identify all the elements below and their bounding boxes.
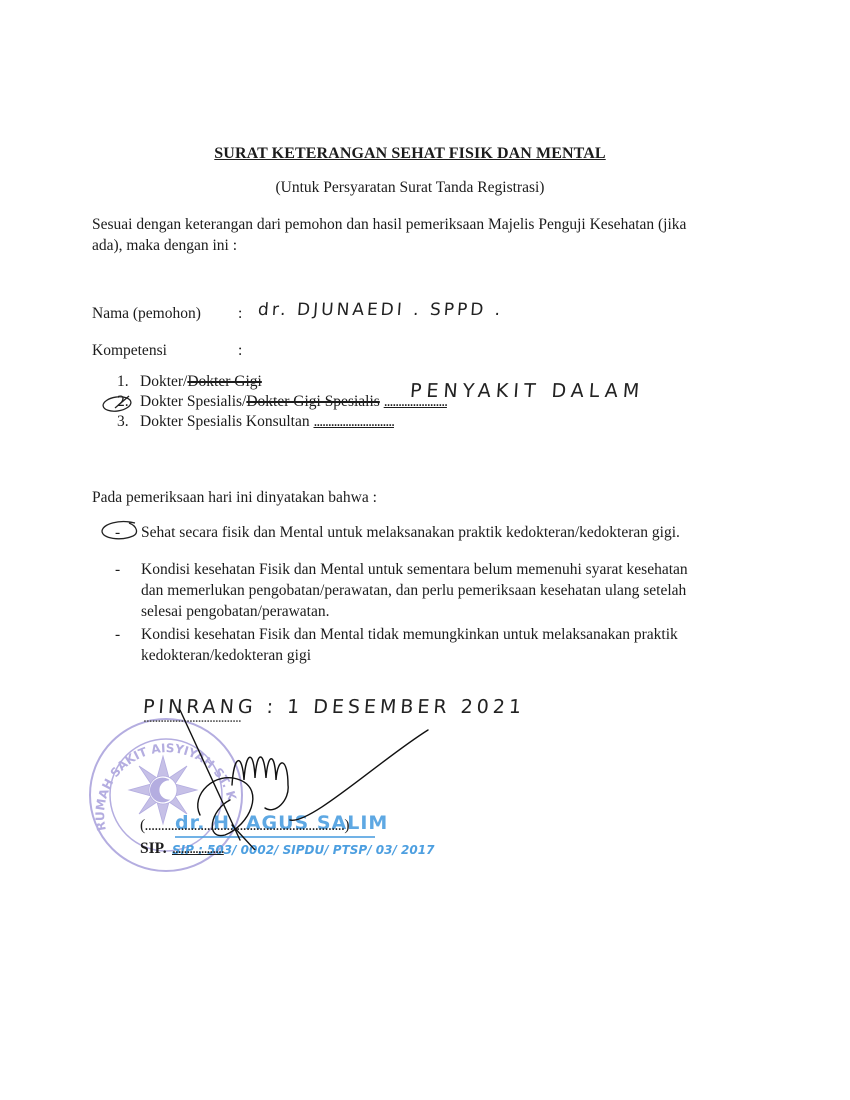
- option-text: Dokter Spesialis/: [140, 393, 246, 410]
- bullet-dash: -: [115, 624, 120, 645]
- findings-heading: Pada pemeriksaan hari ini dinyatakan bah…: [92, 487, 377, 508]
- condition-line: Kondisi kesehatan Fisik dan Mental untuk…: [141, 559, 735, 580]
- option-number: 3.: [117, 412, 140, 432]
- bullet-dash: -: [115, 559, 120, 580]
- option-text: Dokter Spesialis Konsultan: [140, 413, 310, 430]
- option-struck-text: Dokter Gigi: [187, 373, 261, 390]
- option-struck-text: Dokter Gigi Spesialis: [246, 393, 379, 410]
- intro-line-2: ada), maka dengan ini :: [92, 235, 732, 256]
- condition-line: kedokteran/kedokteran gigi: [141, 645, 735, 666]
- nama-value-handwritten[interactable]: dr. DJUNAEDI . SPPD .: [257, 300, 504, 320]
- option-text: Dokter/: [140, 373, 187, 390]
- kompetensi-option-1[interactable]: 1.Dokter/Dokter Gigi: [117, 372, 447, 392]
- condition-line: dan memerlukan pengobatan/perawatan, dan…: [141, 580, 735, 601]
- condition-item-3[interactable]: - Kondisi kesehatan Fisik dan Mental tid…: [115, 624, 735, 666]
- circle-mark-icon: [99, 518, 151, 546]
- kompetensi-label: Kompetensi: [92, 340, 167, 361]
- circle-mark-icon: [101, 392, 135, 414]
- spesialis-handwritten[interactable]: PENYAKIT DALAM: [409, 380, 645, 402]
- condition-item-1[interactable]: - Sehat secara fisik dan Mental untuk me…: [115, 522, 735, 543]
- nama-colon: :: [238, 303, 242, 324]
- kompetensi-colon: :: [238, 340, 242, 361]
- intro-line-1: Sesuai dengan keterangan dari pemohon da…: [92, 214, 732, 235]
- option-number: 1.: [117, 372, 140, 392]
- sip-label: SIP.: [140, 838, 167, 859]
- kompetensi-option-2[interactable]: 2.Dokter Spesialis/Dokter Gigi Spesialis…: [117, 392, 447, 412]
- condition-item-2[interactable]: - Kondisi kesehatan Fisik dan Mental unt…: [115, 559, 735, 622]
- condition-line: Kondisi kesehatan Fisik dan Mental tidak…: [141, 624, 735, 645]
- condition-text: Sehat secara fisik dan Mental untuk mela…: [141, 524, 680, 541]
- intro-paragraph: Sesuai dengan keterangan dari pemohon da…: [92, 214, 732, 256]
- handwritten-signature[interactable]: [170, 700, 490, 850]
- option-fill-dots: ............................: [314, 413, 395, 430]
- nama-label: Nama (pemohon): [92, 303, 201, 324]
- kompetensi-option-3[interactable]: 3.Dokter Spesialis Konsultan ...........…: [117, 412, 447, 432]
- kompetensi-list: 1.Dokter/Dokter Gigi 2.Dokter Spesialis/…: [117, 372, 447, 432]
- document-subtitle: (Untuk Persyaratan Surat Tanda Registras…: [0, 177, 820, 198]
- document-title: SURAT KETERANGAN SEHAT FISIK DAN MENTAL: [0, 143, 820, 164]
- conditions-list: - Sehat secara fisik dan Mental untuk me…: [115, 522, 735, 666]
- condition-line: selesai pengobatan/perawatan.: [141, 601, 735, 622]
